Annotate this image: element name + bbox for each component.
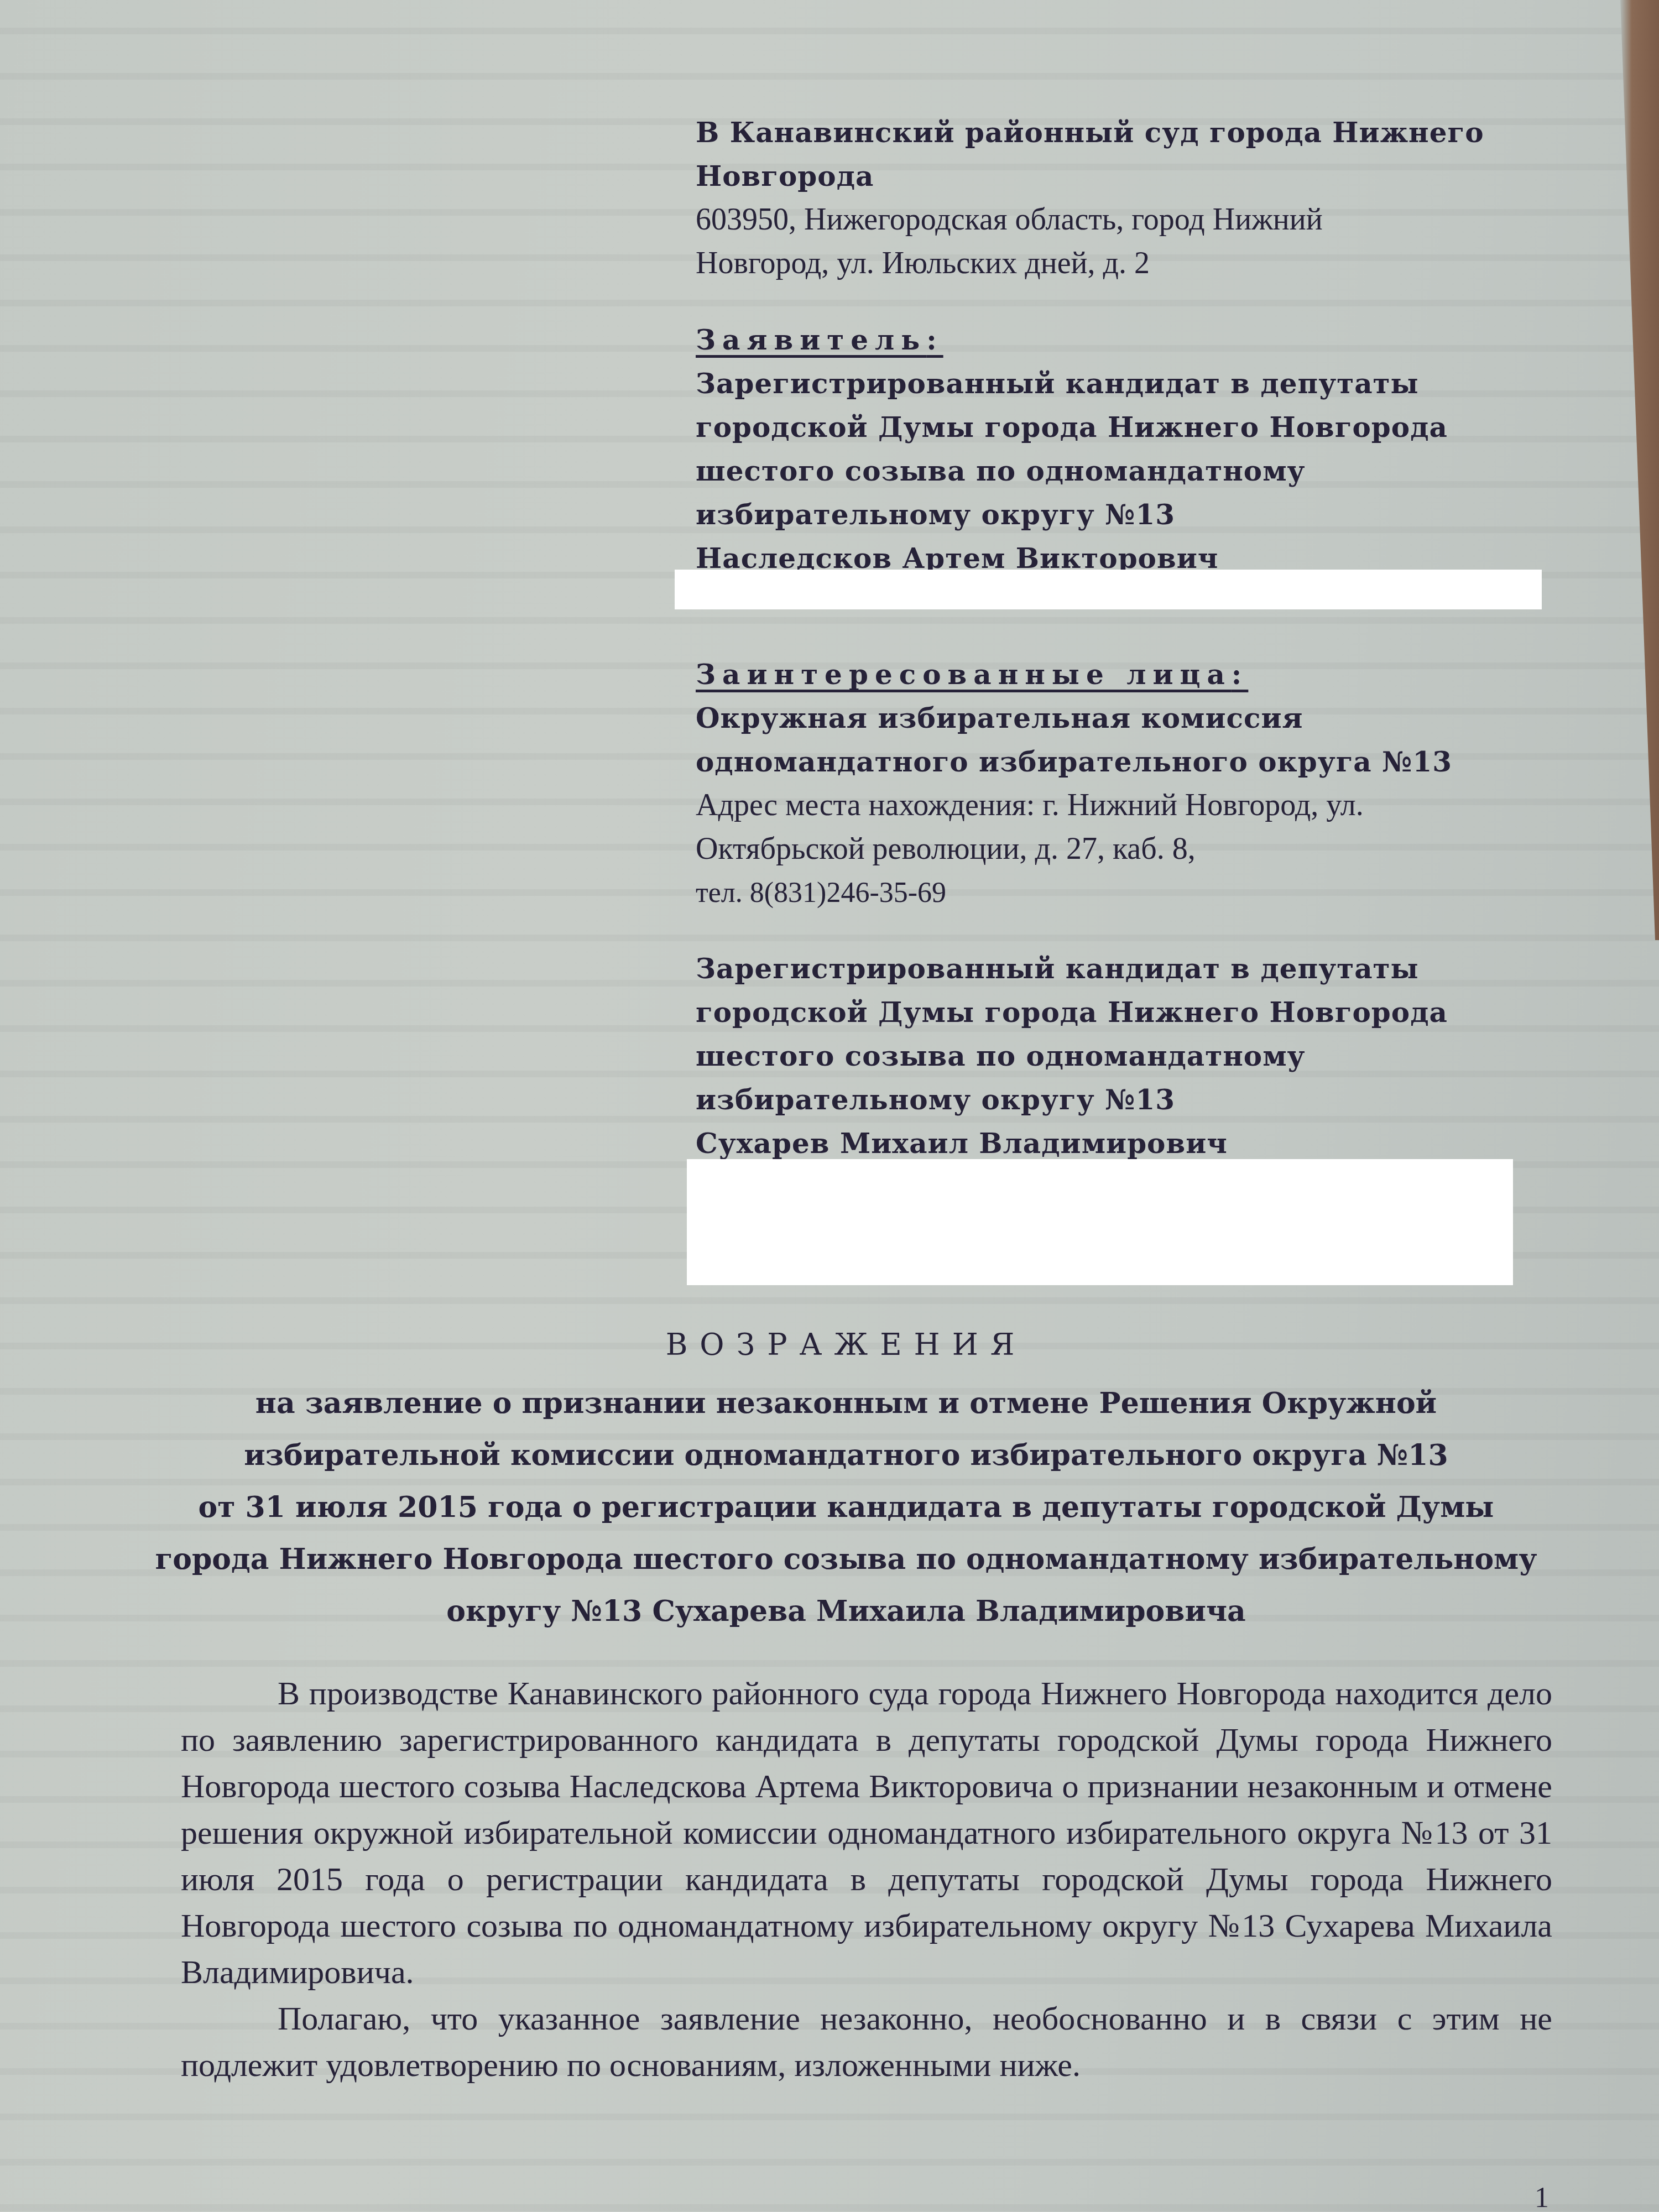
recipient-address-line: Новгород, ул. Июльских дней, д. 2 (696, 242, 1558, 285)
body-paragraph: В производстве Канавинского районного су… (181, 1670, 1552, 1995)
redaction-box (675, 570, 1542, 609)
interested-candidate-block: Зарегистрированный кандидат в депутаты г… (696, 947, 1558, 1165)
interested-parties-block: Заинтересованные лица: Окружная избирате… (696, 653, 1558, 915)
commission-address-line: Октябрьской революции, д. 27, каб. 8, (696, 827, 1558, 871)
applicant-line: шестого созыва по одномандатному (696, 449, 1558, 493)
subtitle-line: города Нижнего Новгорода шестого созыва … (33, 1533, 1659, 1585)
document-body: В производстве Канавинского районного су… (181, 1670, 1552, 2088)
document-subtitle: на заявление о признании незаконным и от… (0, 1378, 1659, 1637)
label-colon: : (926, 324, 943, 356)
candidate-line: Зарегистрированный кандидат в депутаты (696, 947, 1558, 990)
applicant-block: Заявитель: Зарегистрированный кандидат в… (696, 318, 1558, 580)
commission-phone: тел. 8(831)246-35-69 (696, 871, 1558, 915)
document-title: ВОЗРАЖЕНИЯ (0, 1327, 1659, 1362)
applicant-label: Заявитель (696, 324, 926, 356)
body-paragraph: Полагаю, что указанное заявление незакон… (181, 1995, 1552, 2088)
commission-address-line: Адрес места нахождения: г. Нижний Новгор… (696, 784, 1558, 827)
commission-line: Окружная избирательная комиссия (696, 696, 1558, 740)
redaction-box (687, 1159, 1513, 1285)
applicant-line: городской Думы города Нижнего Новгорода (696, 405, 1558, 449)
commission-line: одномандатного избирательного округа №13 (696, 740, 1558, 784)
candidate-line: городской Думы города Нижнего Новгорода (696, 990, 1558, 1034)
subtitle-line: на заявление о признании незаконным и от… (33, 1378, 1659, 1430)
recipient-address-line: 603950, Нижегородская область, город Ниж… (696, 198, 1558, 242)
recipient-court-line: Новгорода (696, 154, 1558, 198)
applicant-line: Зарегистрированный кандидат в депутаты (696, 362, 1558, 405)
subtitle-line: от 31 июля 2015 года о регистрации канди… (33, 1481, 1659, 1533)
subtitle-line: избирательной комиссии одномандатного из… (33, 1430, 1659, 1481)
recipient-block: В Канавинский районный суд города Нижнег… (696, 111, 1558, 285)
applicant-line: избирательному округу №13 (696, 493, 1558, 536)
candidate-line: шестого созыва по одномандатному (696, 1034, 1558, 1078)
background-edge (1620, 0, 1659, 940)
label-colon: : (1232, 658, 1248, 691)
candidate-line: избирательному округу №13 (696, 1078, 1558, 1121)
document-title-block: ВОЗРАЖЕНИЯ на заявление о признании неза… (0, 1327, 1659, 1637)
interested-parties-label: Заинтересованные лица (696, 658, 1232, 691)
page-number: 1 (1535, 2182, 1549, 2212)
subtitle-line: округу №13 Сухарева Михаила Владимирович… (33, 1585, 1659, 1637)
recipient-court-line: В Канавинский районный суд города Нижнег… (696, 111, 1558, 154)
